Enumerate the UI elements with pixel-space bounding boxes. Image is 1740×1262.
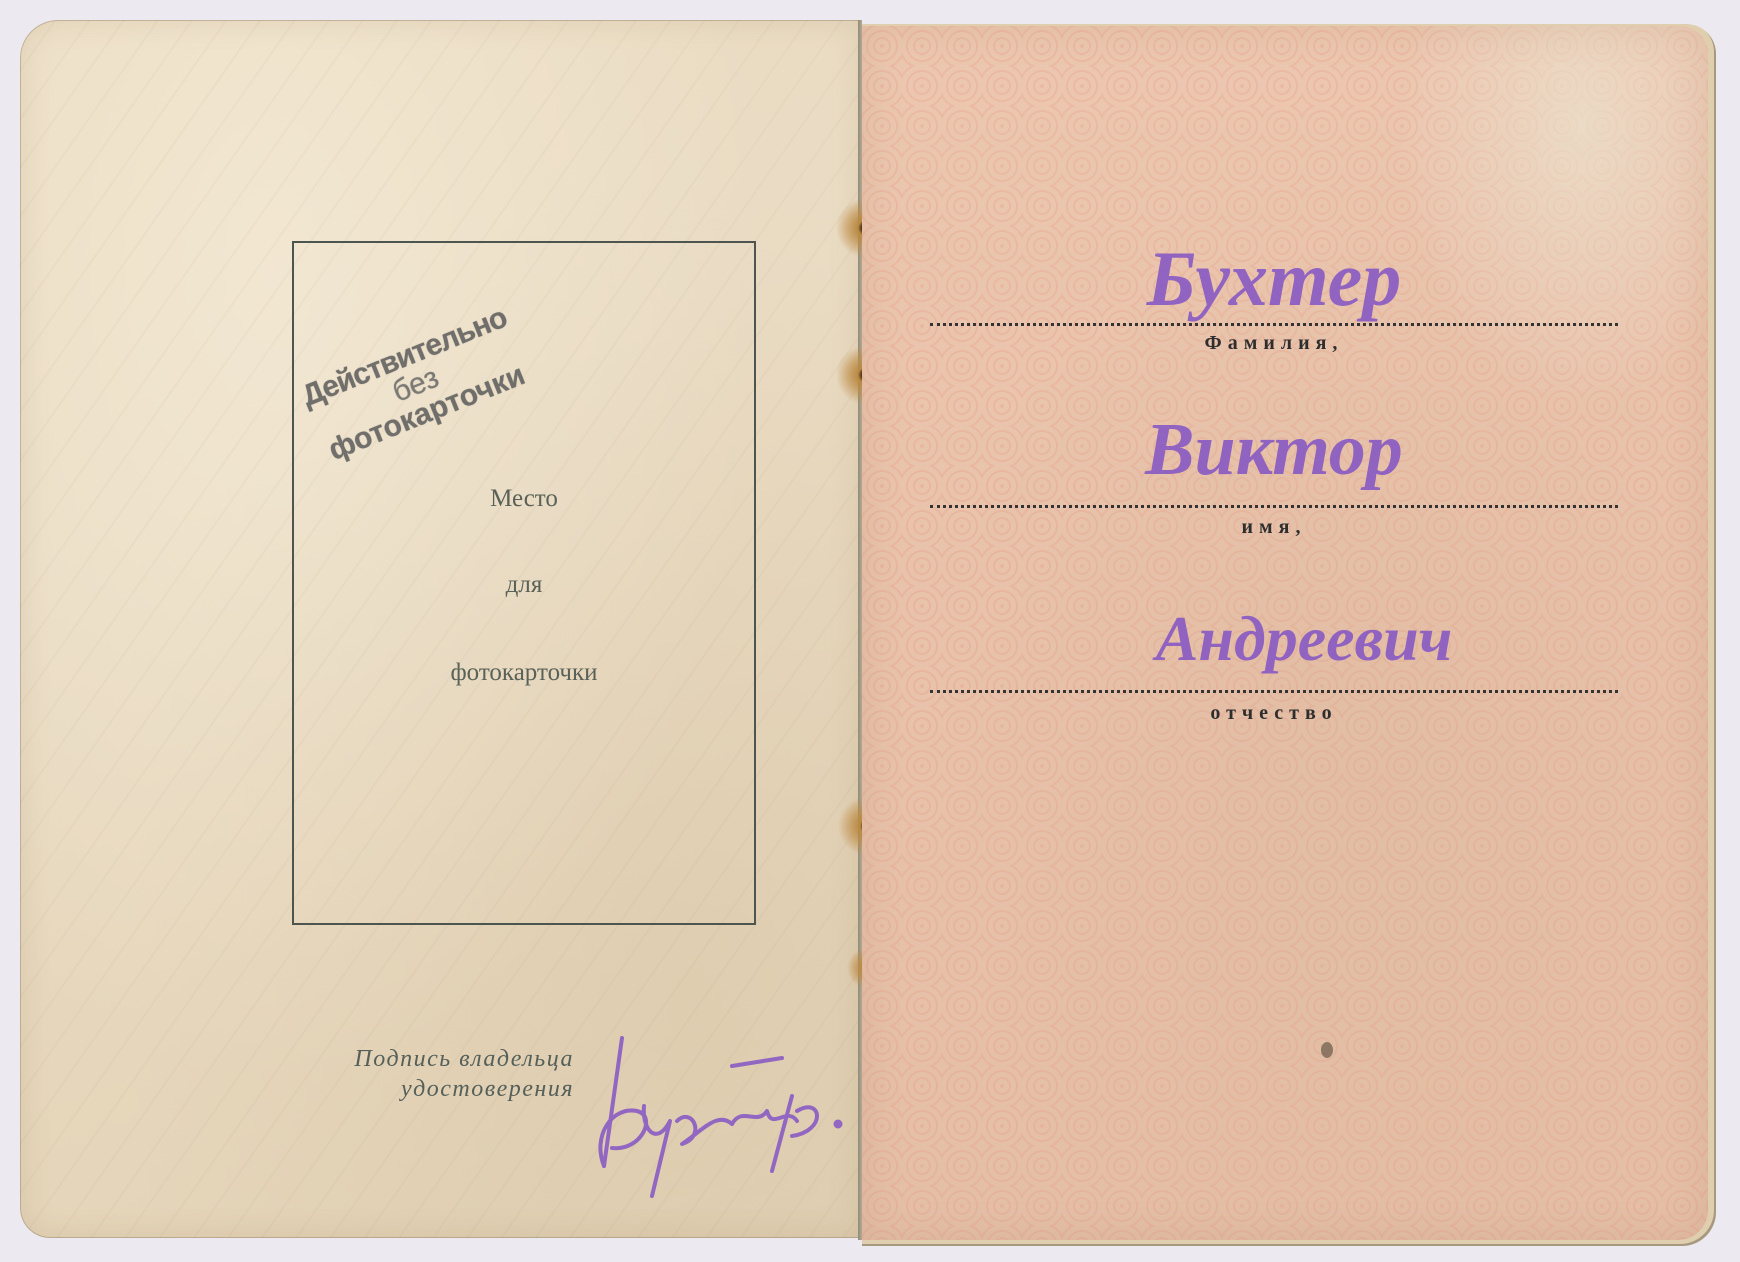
signature-label: Подпись владельца удостоверения bbox=[300, 1044, 574, 1104]
patronymic-label: отчество bbox=[930, 702, 1618, 725]
surname-value: Бухтер bbox=[930, 234, 1618, 324]
right-page: Бухтер Фамилия, Виктор имя, Андреевич от… bbox=[862, 26, 1708, 1240]
patronymic-value: Андреевич bbox=[960, 602, 1648, 676]
patronymic-dotted-line bbox=[930, 690, 1618, 693]
first-name-value: Виктор bbox=[930, 408, 1618, 493]
photo-label-line3: фотокарточки bbox=[294, 659, 754, 687]
signature-label-line2: удостоверения bbox=[300, 1074, 574, 1104]
signature-label-line1: Подпись владельца bbox=[300, 1044, 574, 1074]
first-name-dotted-line bbox=[930, 505, 1618, 508]
owner-signature: Бухтер. bbox=[582, 1036, 852, 1206]
left-page: Место для фотокарточки Действительно без… bbox=[20, 20, 860, 1238]
photo-label-line2: для bbox=[294, 571, 754, 599]
stain-spot bbox=[1321, 1042, 1333, 1058]
surname-label: Фамилия, bbox=[930, 332, 1618, 355]
first-name-label: имя, bbox=[930, 516, 1618, 539]
id-booklet: Место для фотокарточки Действительно без… bbox=[0, 0, 1740, 1262]
surname-dotted-line bbox=[930, 323, 1618, 326]
